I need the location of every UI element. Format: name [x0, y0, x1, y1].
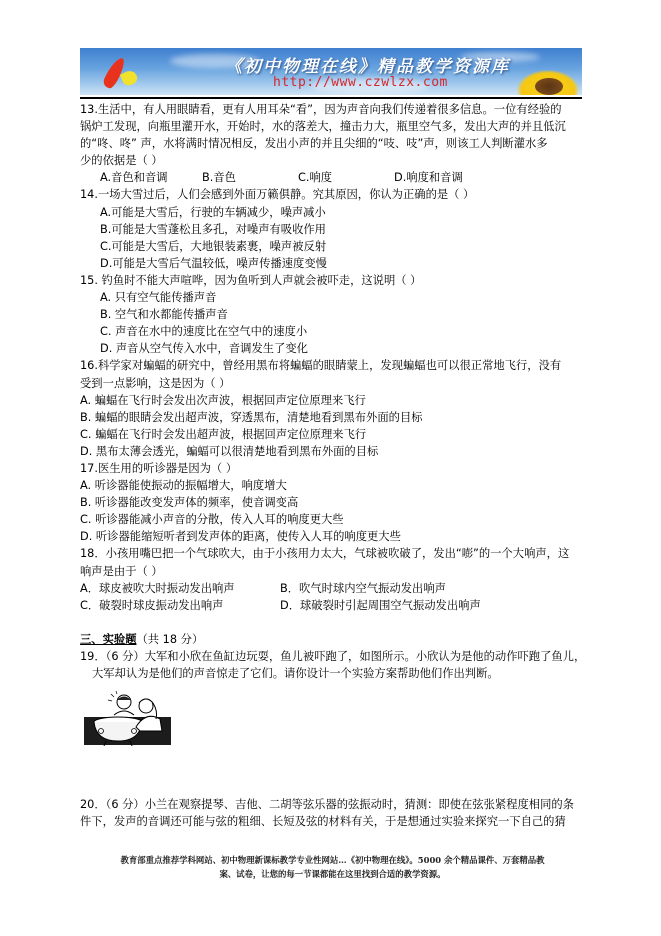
question-stem-line: 16.科学家对蝙蝠的研究中，曾经用黑布将蝙蝠的眼睛蒙上，发现蝙蝠也可以很正常地飞…	[80, 357, 585, 374]
logo-yellow-mark	[120, 68, 140, 87]
header-divider	[80, 97, 582, 99]
footer-line: 案、试卷，让您的每一节课都能在这里找到合适的教学资源。	[80, 867, 585, 881]
option-b: B. 听诊器能改变发声体的频率，使音调变高	[80, 494, 585, 511]
question-20: 20．（6 分）小兰在观察提琴、吉他、二胡等弦乐器的弦振动时，猜测：即使在弦张紧…	[80, 796, 585, 830]
page-footer: 教育部重点推荐学科网站、初中物理新课标教学专业性网站…《初中物理在线》。5000…	[80, 853, 585, 881]
header-banner: 《初中物理在线》精品教学资源库 http://www.czwlzx.com	[80, 48, 582, 95]
question-15: 15. 钓鱼时不能大声喧哗，因为鱼听到人声就会被吓走，这说明（ ） A. 只有空…	[80, 272, 585, 357]
option-d: D.响度和音调	[394, 169, 490, 186]
options-row: A．球皮被吹大时振动发出响声 B．吹气时球内空气振动发出响声	[80, 580, 585, 597]
option-b: B.音色	[202, 169, 298, 186]
banner-url[interactable]: http://www.czwlzx.com	[273, 75, 448, 90]
option-d: D．球破裂时引起周围空气振动发出响声	[280, 597, 450, 614]
question-stem-line: 19．（6 分）大军和小欣在鱼缸边玩耍，鱼儿被吓跑了，如图所示。小欣认为是他的动…	[80, 648, 585, 665]
option-c: C．破裂时球皮振动发出响声	[80, 597, 280, 614]
question-stem-line: 15. 钓鱼时不能大声喧哗，因为鱼听到人声就会被吓走，这说明（ ）	[80, 272, 585, 289]
question-stem-line: 件下，发声的音调还可能与弦的粗细、长短及弦的材料有关，于是想通过实验来探究一下自…	[80, 813, 585, 830]
option-c: C.响度	[298, 169, 394, 186]
option-b: B．吹气时球内空气振动发出响声	[280, 580, 450, 597]
option-c: C. 声音在水中的速度比在空气中的速度小	[80, 323, 585, 340]
option-d: D.可能是大雪后气温较低，噪声传播速度变慢	[80, 255, 585, 272]
question-stem-line: 少的依据是（ ）	[80, 152, 585, 169]
question-18: 18．小孩用嘴巴把一个气球吹大，由于小孩用力太大，气球被吹破了，发出“嘭”的一个…	[80, 545, 585, 613]
question-stem-line: 大军却认为是他们的声音惊走了它们。请你设计一个实验方案帮助他们作出判断。	[80, 665, 585, 682]
footer-line: 教育部重点推荐学科网站、初中物理新课标教学专业性网站…《初中物理在线》。5000…	[80, 853, 585, 867]
spacer	[80, 614, 585, 631]
option-b: B. 蝙蝠的眼睛会发出超声波，穿透黑布，清楚地看到黑布外面的目标	[80, 409, 585, 426]
option-b: B. 空气和水都能传播声音	[80, 306, 585, 323]
section-score: （共 18 分）	[137, 633, 204, 646]
banner-title: 《初中物理在线》精品教学资源库	[225, 52, 510, 77]
question-stem-line: 20．（6 分）小兰在观察提琴、吉他、二胡等弦乐器的弦振动时，猜测：即使在弦张紧…	[80, 796, 585, 813]
option-a: A．球皮被吹大时振动发出响声	[80, 580, 280, 597]
question-stem-line: 14.一场大雪过后，人们会感到外面万籁俱静。究其原因，你认为正确的是（ ）	[80, 186, 585, 203]
question-stem-line: 的“咚、咚” 声，水将满时情况相反，发出小声的并且尖细的“吱、吱”声，则该工人判…	[80, 135, 585, 152]
option-c: C. 听诊器能减小声音的分散，传入人耳的响度更大些	[80, 511, 585, 528]
option-a: A. 听诊器能使振动的振幅增大，响度增大	[80, 477, 585, 494]
section-title: 三、实验题	[80, 633, 137, 646]
option-b: B.可能是大雪蓬松且多孔，对噪声有吸收作用	[80, 221, 585, 238]
question-stem-line: 响声是由于（ ）	[80, 563, 585, 580]
options-row: C．破裂时球皮振动发出响声 D．球破裂时引起周围空气振动发出响声	[80, 597, 585, 614]
option-d: D. 声音从空气传入水中，音调发生了变化	[80, 340, 585, 357]
option-a: A.可能是大雪后，行驶的车辆减少，噪声减小	[80, 204, 585, 221]
option-c: C.可能是大雪后，大地银装素裹，噪声被反射	[80, 238, 585, 255]
option-a: A.音色和音调	[100, 169, 202, 186]
question-stem-line: 13.生活中，有人用眼睛看，更有人用耳朵“看”，因为声音向我们传递着很多信息。一…	[80, 101, 585, 118]
option-d: D. 听诊器能缩短听者到发声体的距离，使传入人耳的响度更大些	[80, 528, 585, 545]
section-heading: 三、实验题（共 18 分）	[80, 631, 585, 648]
options-row: A.音色和音调 B.音色 C.响度 D.响度和音调	[80, 169, 585, 186]
question-14: 14.一场大雪过后，人们会感到外面万籁俱静。究其原因，你认为正确的是（ ） A.…	[80, 186, 585, 271]
question-17: 17.医生用的听诊器是因为（ ） A. 听诊器能使振动的振幅增大，响度增大 B.…	[80, 460, 585, 545]
option-d: D. 黑布太薄会透光，蝙蝠可以很清楚地看到黑布外面的目标	[80, 443, 585, 460]
fish-tank-figure	[84, 691, 171, 749]
sunflower-image	[517, 70, 579, 95]
option-a: A. 只有空气能传播声音	[80, 289, 585, 306]
question-stem-line: 锅炉工发现，向瓶里灌开水，开始时，水的落差大，撞击力大，瓶里空气多，发出大声的并…	[80, 118, 585, 135]
question-16: 16.科学家对蝙蝠的研究中，曾经用黑布将蝙蝠的眼睛蒙上，发现蝙蝠也可以很正常地飞…	[80, 357, 585, 460]
question-stem-line: 受到一点影响，这是因为（ ）	[80, 375, 585, 392]
question-13: 13.生活中，有人用眼睛看，更有人用耳朵“看”，因为声音向我们传递着很多信息。一…	[80, 101, 585, 186]
option-a: A. 蝙蝠在飞行时会发出次声波，根据回声定位原理来飞行	[80, 392, 585, 409]
exam-content: 13.生活中，有人用眼睛看，更有人用耳朵“看”，因为声音向我们传递着很多信息。一…	[80, 101, 585, 682]
question-stem-line: 18．小孩用嘴巴把一个气球吹大，由于小孩用力太大，气球被吹破了，发出“嘭”的一个…	[80, 545, 585, 562]
question-stem-line: 17.医生用的听诊器是因为（ ）	[80, 460, 585, 477]
option-c: C. 蝙蝠在飞行时会发出超声波，根据回声定位原理来飞行	[80, 426, 585, 443]
sunflower-center	[535, 78, 563, 95]
question-19: 19．（6 分）大军和小欣在鱼缸边玩耍，鱼儿被吓跑了，如图所示。小欣认为是他的动…	[80, 648, 585, 682]
